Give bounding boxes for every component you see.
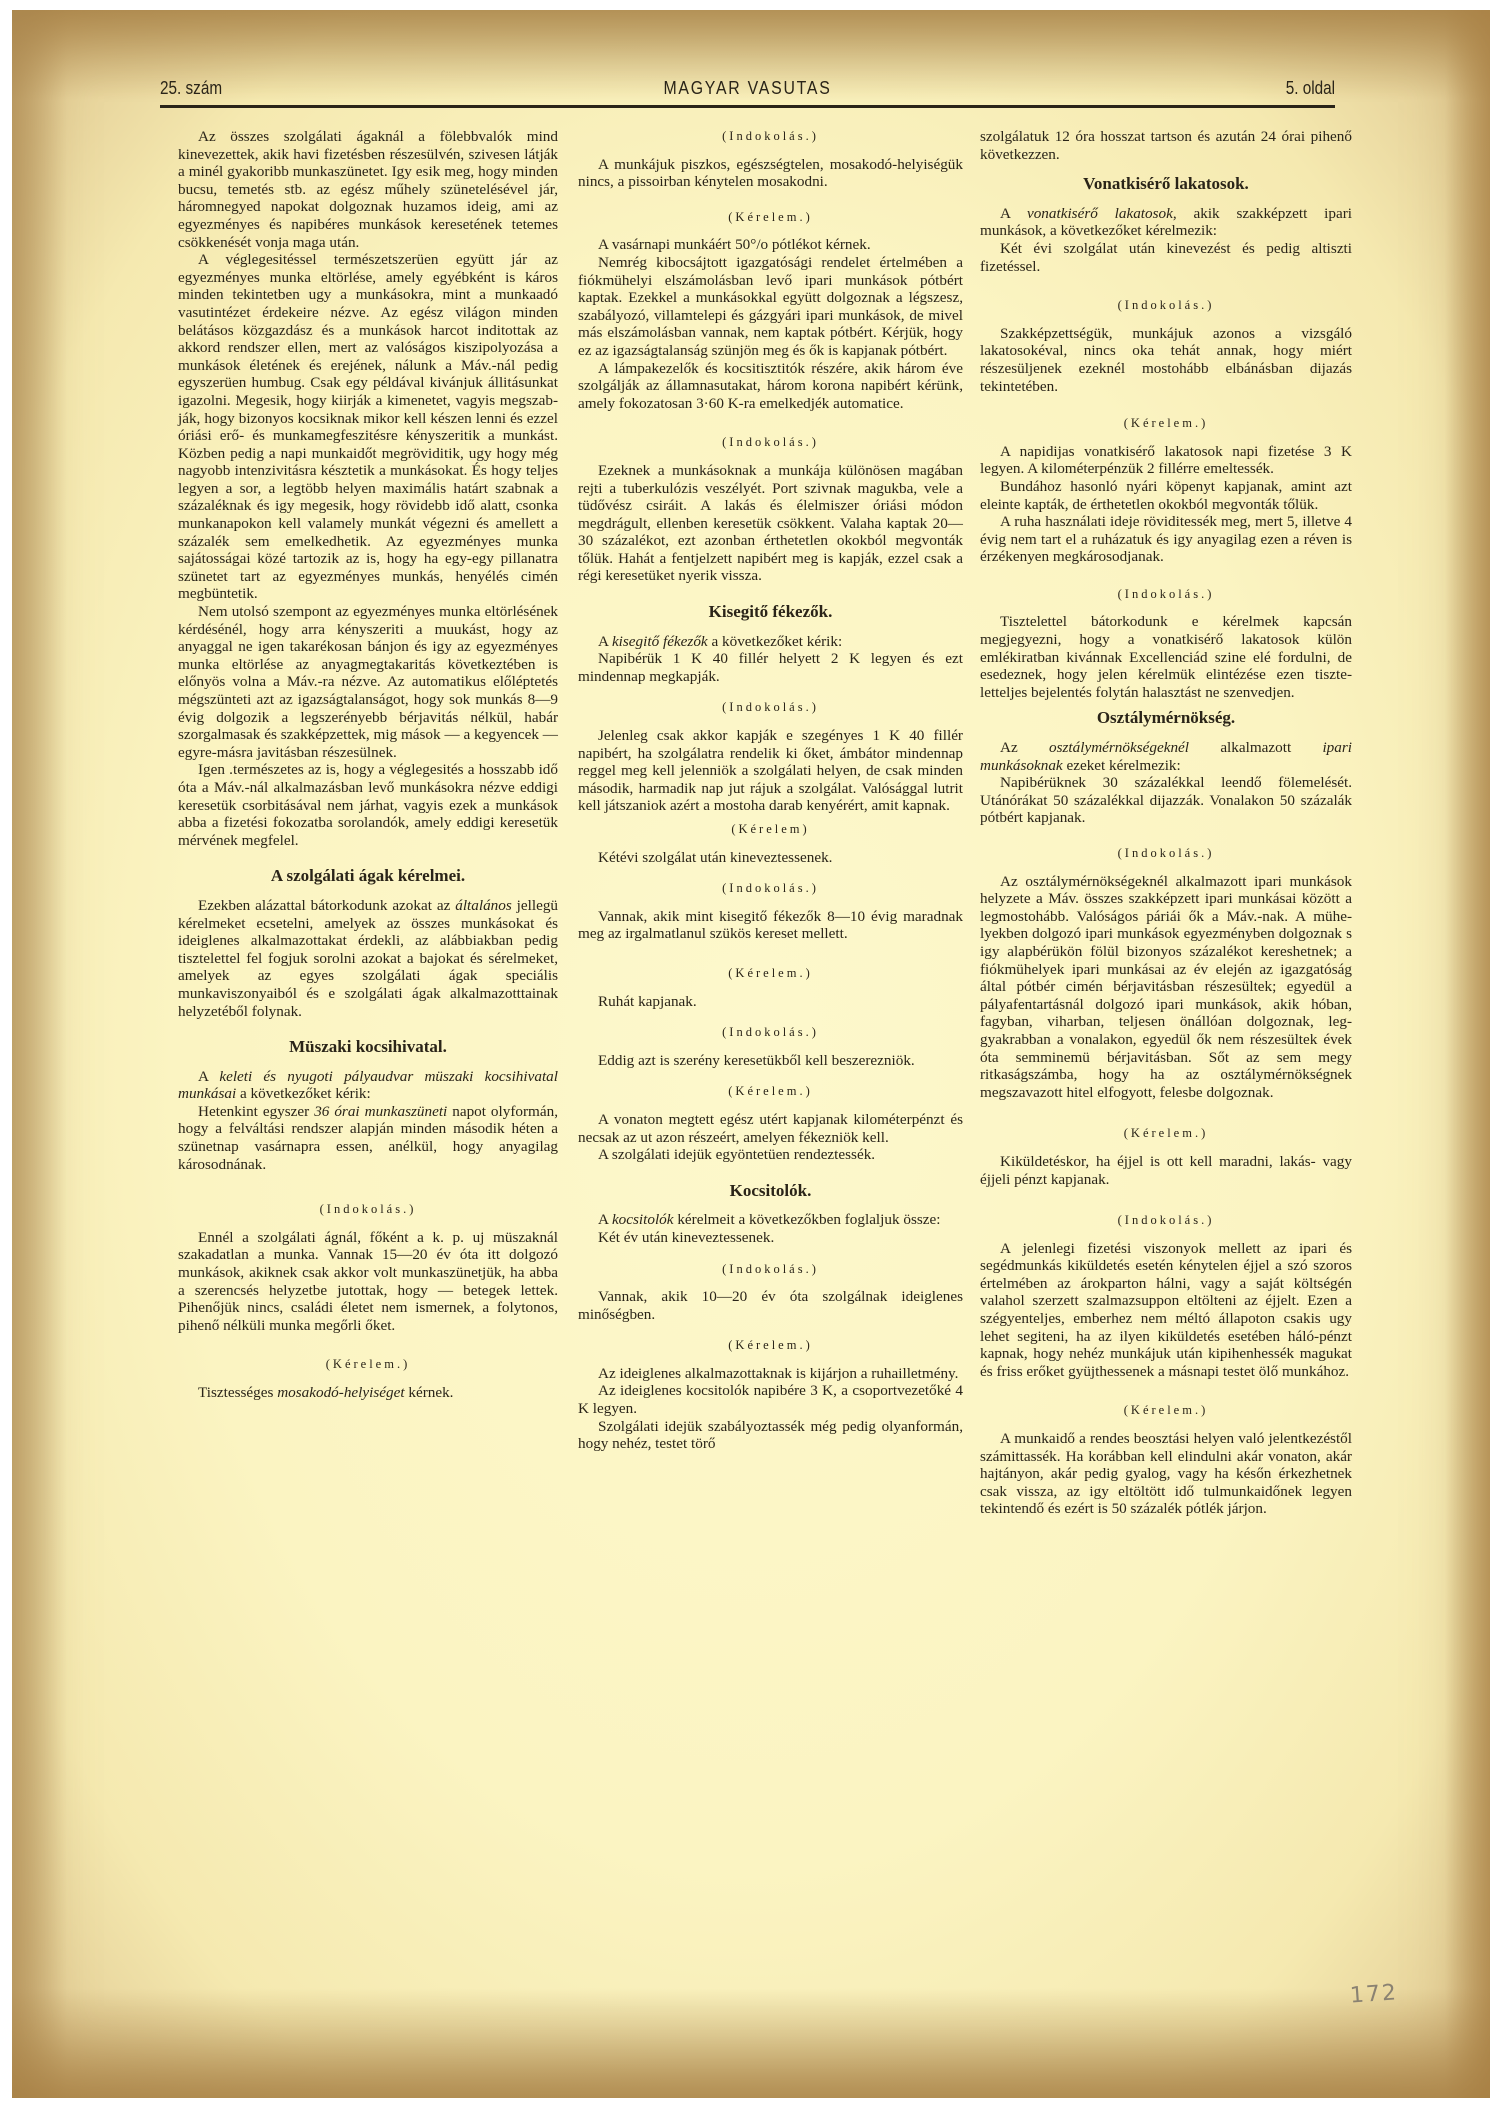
column-3: szolgálatuk 12 óra hosszat tartson és az… — [980, 128, 1352, 1518]
paragraph: Napibérüknek 30 százalékkal leendő föl­e… — [980, 774, 1352, 827]
paragraph: Tisztelettel bátorkodunk e kérelmek kap­… — [980, 613, 1352, 701]
paragraph: Ezekben alázattal bátorkodunk azokat az … — [178, 897, 558, 1020]
kerelem-label: (Kérelem.) — [980, 1402, 1352, 1420]
indokolas-label: (Indokolás.) — [980, 1212, 1352, 1230]
column-1: Az összes szolgálati ágaknál a fölebbval… — [178, 128, 558, 1402]
header-rule — [160, 105, 1335, 108]
indokolas-label: (Indokolás.) — [980, 297, 1352, 315]
paragraph: Hetenkint egyszer 36 órai munkaszüneti n… — [178, 1103, 558, 1173]
kerelem-label: (Kérelem.) — [980, 415, 1352, 433]
paragraph: A ruha használati ideje röviditessék meg… — [980, 513, 1352, 566]
paragraph: Az osztálymérnökségeknél alkalmazott ipa… — [980, 739, 1352, 774]
paragraph: Kétévi szolgálat után kineveztessenek. — [578, 849, 963, 867]
kerelem-label: (Kérelem.) — [578, 965, 963, 983]
paragraph: Tisztességes mosakodó-helyiséget kérnek. — [178, 1384, 558, 1402]
paragraph: Nemrég kibocsájtott igazgatósági rendele… — [578, 254, 963, 360]
paragraph: A napidijas vonatkisérő lakatosok napi f… — [980, 443, 1352, 478]
paragraph: Eddig azt is szerény keresetükből kell b… — [578, 1052, 963, 1070]
paragraph: Az ideiglenes kocsitolók napibére 3 K, a… — [578, 1382, 963, 1417]
section-heading: A szolgálati ágak kérelmei. — [178, 867, 558, 885]
paragraph: Két év után kineveztessenek. — [578, 1229, 963, 1247]
paragraph: Az ideiglenes alkalmazottaknak is kijárj… — [578, 1365, 963, 1383]
paragraph: A véglegesitéssel természetszerüen együt… — [178, 251, 558, 603]
kerelem-label: (Kérelem.) — [578, 209, 963, 227]
paper-edge-left — [12, 10, 67, 2098]
section-heading: Kocsitolók. — [578, 1182, 963, 1200]
page-label: 5. oldal — [1286, 78, 1335, 99]
paragraph: Az osztálymérnökségeknél alkalmazott ipa… — [980, 873, 1352, 1102]
paper-edge-right — [1445, 10, 1490, 2098]
section-heading: Müszaki kocsihivatal. — [178, 1038, 558, 1056]
column-2: (Indokolás.) A munkájuk piszkos, egészsé… — [578, 128, 963, 1453]
paragraph: A munkájuk piszkos, egészségtelen, mosa­… — [578, 156, 963, 191]
issue-number: 25. szám — [160, 78, 222, 99]
kerelem-label: (Kérelem.) — [980, 1125, 1352, 1143]
kerelem-label: (Kérelem) — [578, 821, 963, 839]
paragraph: Vannak, akik 10—20 év óta szolgálnak ide… — [578, 1288, 963, 1323]
paragraph: Ruhát kapjanak. — [578, 993, 963, 1011]
paragraph: Ennél a szolgálati ágnál, főként a k. p.… — [178, 1229, 558, 1335]
paragraph: Nem utolsó szempont az egyezményes munka… — [178, 603, 558, 761]
paragraph: Szolgálati idejük szabályoztassék még pe… — [578, 1418, 963, 1453]
paragraph: Vannak, akik mint kisegitő fékezők 8—10 … — [578, 908, 963, 943]
indokolas-label: (Indokolás.) — [578, 1024, 963, 1042]
paragraph: Igen .természetes az is, hogy a végleges… — [178, 761, 558, 849]
indokolas-label: (Indokolás.) — [578, 699, 963, 717]
paragraph: A szolgálati idejük egyöntetüen rendez­t… — [578, 1146, 963, 1164]
paragraph: Két évi szolgálat után kinevezést és ped… — [980, 240, 1352, 275]
paragraph: A keleti és nyugoti pályaudvar müszaki k… — [178, 1068, 558, 1103]
indokolas-label: (Indokolás.) — [578, 1261, 963, 1279]
paragraph: Szakképzettségük, munkájuk azonos a vizs… — [980, 325, 1352, 395]
paragraph: Az összes szolgálati ágaknál a fölebbval… — [178, 128, 558, 251]
paragraph: A kisegitő fékezők a következőket kérik: — [578, 633, 963, 651]
indokolas-label: (Indokolás.) — [578, 880, 963, 898]
page-header: 25. szám MAGYAR VASUTAS 5. oldal — [160, 72, 1335, 102]
paragraph: A jelenlegi fizetési viszonyok mellett a… — [980, 1240, 1352, 1381]
paragraph: Jelenleg csak akkor kapják e szegényes 1… — [578, 727, 963, 815]
paragraph: szolgálatuk 12 óra hosszat tartson és az… — [980, 128, 1352, 163]
paragraph: Ezeknek a munkásoknak a munkája kü­lönös… — [578, 462, 963, 585]
paragraph: A vonaton megtett egész utért kapjanak k… — [578, 1111, 963, 1146]
paragraph: Kiküldetéskor, ha éjjel is ott kell ma­r… — [980, 1153, 1352, 1188]
paragraph: Napibérük 1 K 40 fillér helyett 2 K le­g… — [578, 650, 963, 685]
indokolas-label: (Indokolás.) — [578, 128, 963, 146]
paragraph: A vasárnapi munkáért 50°/o pótlékot kérn… — [578, 236, 963, 254]
section-heading: Vonatkisérő lakatosok. — [980, 175, 1352, 193]
paragraph: A lámpakezelők és kocsitisztitók részére… — [578, 360, 963, 413]
paragraph: Bundához hasonló nyári köpenyt kapja­nak… — [980, 478, 1352, 513]
paragraph: A kocsitolók kérelmeit a következőkben f… — [578, 1211, 963, 1229]
indokolas-label: (Indokolás.) — [980, 586, 1352, 604]
handwritten-page-number: 172 — [1349, 1980, 1399, 2008]
indokolas-label: (Indokolás.) — [980, 845, 1352, 863]
kerelem-label: (Kérelem.) — [178, 1356, 558, 1374]
section-heading: Osztálymérnökség. — [980, 709, 1352, 727]
paragraph: A munkaidő a rendes beosztási helyen val… — [980, 1430, 1352, 1518]
paragraph: A vonatkisérő lakatosok, akik szakképzet… — [980, 205, 1352, 240]
section-heading: Kisegitő fékezők. — [578, 603, 963, 621]
indokolas-label: (Indokolás.) — [178, 1201, 558, 1219]
publication-title: MAGYAR VASUTAS — [231, 78, 1265, 99]
kerelem-label: (Kérelem.) — [578, 1337, 963, 1355]
indokolas-label: (Indokolás.) — [578, 434, 963, 452]
kerelem-label: (Kérelem.) — [578, 1083, 963, 1101]
